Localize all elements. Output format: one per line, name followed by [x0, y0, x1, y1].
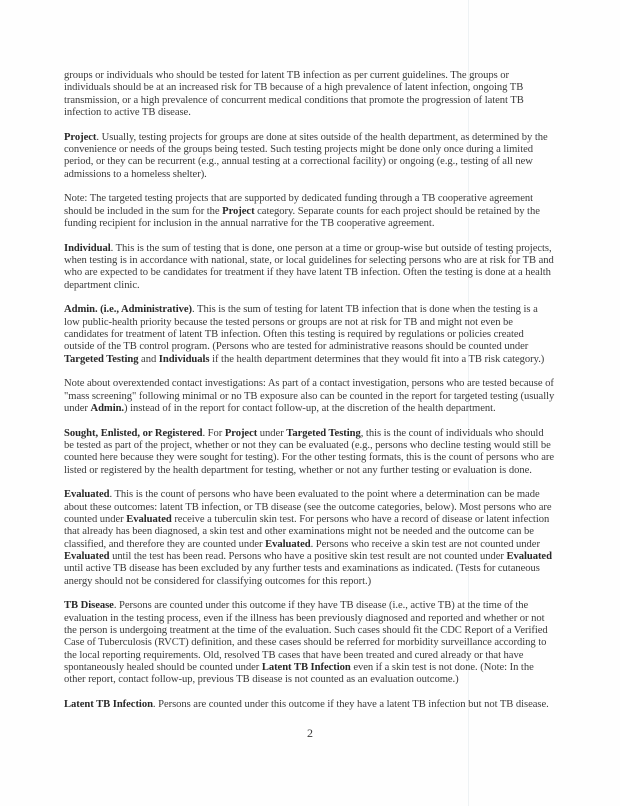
term-label: Latent TB Infection: [64, 699, 153, 710]
paragraph-text: groups or individuals who should be test…: [64, 70, 524, 118]
paragraph-intro-continuation: groups or individuals who should be test…: [64, 70, 556, 119]
term-label: Evaluated: [506, 551, 551, 562]
term-label: Targeted Testing: [286, 428, 360, 439]
term-label: Evaluated: [126, 514, 171, 525]
paragraph-individual: Individual. This is the sum of testing t…: [64, 243, 556, 292]
document-page: groups or individuals who should be test…: [0, 0, 620, 806]
document-body: groups or individuals who should be test…: [64, 70, 556, 724]
paragraph-admin: Admin. (i.e., Administrative). This is t…: [64, 304, 556, 366]
paragraph-project: Project. Usually, testing projects for g…: [64, 132, 556, 181]
paragraph-evaluated: Evaluated. This is the count of persons …: [64, 489, 556, 588]
term-label: Project: [64, 132, 96, 143]
term-label: Latent TB Infection: [262, 662, 351, 673]
term-label: Project: [222, 206, 254, 217]
paragraph-note-targeted-projects: Note: The targeted testing projects that…: [64, 193, 556, 230]
term-label: Individuals: [159, 354, 210, 365]
paragraph-latent-tb-infection: Latent TB Infection. Persons are counted…: [64, 699, 556, 711]
term-label: Evaluated: [265, 539, 310, 550]
paragraph-text: if the health department determines that…: [209, 354, 544, 365]
paragraph-text: and: [138, 354, 158, 365]
paragraph-text: until the test has been read. Persons wh…: [109, 551, 506, 562]
paragraph-tb-disease: TB Disease. Persons are counted under th…: [64, 600, 556, 686]
paragraph-text: . Usually, testing projects for groups a…: [64, 132, 548, 180]
term-label: Evaluated: [64, 551, 109, 562]
paragraph-sought: Sought, Enlisted, or Registered. For Pro…: [64, 428, 556, 477]
paragraph-text: . For: [202, 428, 224, 439]
term-label: TB Disease: [64, 600, 114, 611]
paragraph-text: ) instead of in the report for contact f…: [124, 403, 496, 414]
paragraph-text: under: [257, 428, 286, 439]
paragraph-text: . Persons who receive a skin test are no…: [311, 539, 540, 550]
term-label: Evaluated: [64, 489, 109, 500]
paragraph-text: . Persons are counted under this outcome…: [153, 699, 549, 710]
paragraph-note-overextended: Note about overextended contact investig…: [64, 378, 556, 415]
term-label: Individual: [64, 243, 111, 254]
term-label: Admin. (i.e., Administrative): [64, 304, 192, 315]
term-label: Sought, Enlisted, or Registered: [64, 428, 202, 439]
paragraph-text: until active TB disease has been exclude…: [64, 563, 540, 586]
paragraph-text: . This is the sum of testing that is don…: [64, 243, 554, 291]
term-label: Admin.: [90, 403, 124, 414]
term-label: Project: [225, 428, 257, 439]
term-label: Targeted Testing: [64, 354, 138, 365]
page-number: 2: [0, 726, 620, 741]
